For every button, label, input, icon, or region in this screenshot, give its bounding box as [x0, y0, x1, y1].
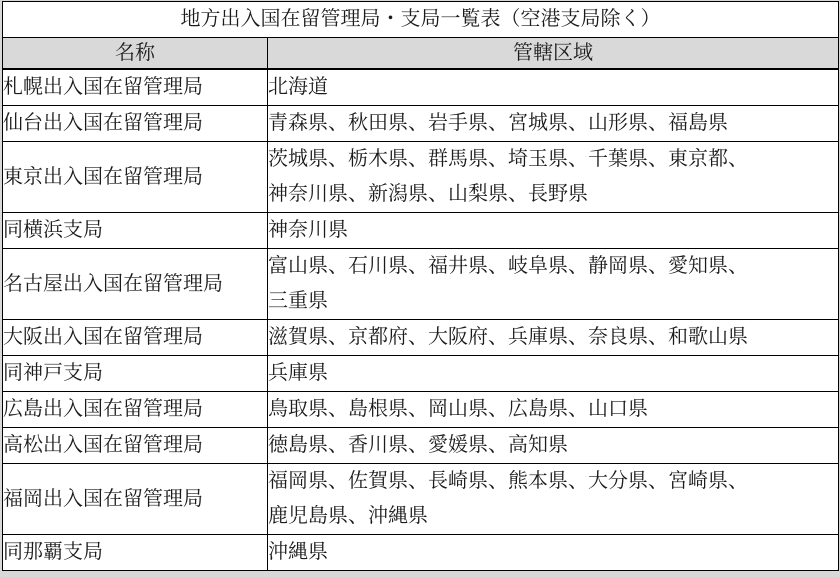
- bureau-name-cell: 広島出入国在留管理局: [3, 392, 268, 428]
- header-row: 名称 管轄区域: [3, 38, 839, 70]
- bureau-name-cell: 同横浜支局: [3, 213, 268, 249]
- jurisdiction-cell: 滋賀県、京都府、大阪府、兵庫県、奈良県、和歌山県: [268, 320, 839, 356]
- table-row: 広島出入国在留管理局 鳥取県、島根県、岡山県、広島県、山口県: [3, 392, 839, 428]
- title-row: 地方出入国在留管理局・支局一覧表（空港支局除く）: [3, 2, 839, 38]
- jurisdiction-cell: 青森県、秋田県、岩手県、宮城県、山形県、福島県: [268, 106, 839, 142]
- table-row: 同神戸支局 兵庫県: [3, 356, 839, 392]
- column-header-name: 名称: [3, 38, 268, 70]
- immigration-bureau-table: 地方出入国在留管理局・支局一覧表（空港支局除く） 名称 管轄区域 札幌出入国在留…: [2, 1, 839, 571]
- bureau-name-cell: 福岡出入国在留管理局: [3, 464, 268, 535]
- table-row: 高松出入国在留管理局 徳島県、香川県、愛媛県、高知県: [3, 428, 839, 464]
- jurisdiction-cell: 徳島県、香川県、愛媛県、高知県: [268, 428, 839, 464]
- table-row: 東京出入国在留管理局 茨城県、栃木県、群馬県、埼玉県、千葉県、東京都、 神奈川県…: [3, 142, 839, 213]
- jurisdiction-cell: 茨城県、栃木県、群馬県、埼玉県、千葉県、東京都、 神奈川県、新潟県、山梨県、長野…: [268, 142, 839, 213]
- table-row: 大阪出入国在留管理局 滋賀県、京都府、大阪府、兵庫県、奈良県、和歌山県: [3, 320, 839, 356]
- jurisdiction-cell: 沖縄県: [268, 535, 839, 571]
- column-header-regions: 管轄区域: [268, 38, 839, 70]
- jurisdiction-cell: 神奈川県: [268, 213, 839, 249]
- table-title: 地方出入国在留管理局・支局一覧表（空港支局除く）: [3, 2, 839, 38]
- table-row: 札幌出入国在留管理局 北海道: [3, 69, 839, 106]
- bureau-name-cell: 札幌出入国在留管理局: [3, 69, 268, 106]
- table-row: 名古屋出入国在留管理局 富山県、石川県、福井県、岐阜県、静岡県、愛知県、 三重県: [3, 249, 839, 320]
- table-row: 同那覇支局 沖縄県: [3, 535, 839, 571]
- bureau-name-cell: 東京出入国在留管理局: [3, 142, 268, 213]
- bureau-name-cell: 高松出入国在留管理局: [3, 428, 268, 464]
- jurisdiction-cell: 北海道: [268, 69, 839, 106]
- jurisdiction-cell: 鳥取県、島根県、岡山県、広島県、山口県: [268, 392, 839, 428]
- jurisdiction-cell: 兵庫県: [268, 356, 839, 392]
- table-row: 仙台出入国在留管理局 青森県、秋田県、岩手県、宮城県、山形県、福島県: [3, 106, 839, 142]
- bureau-name-cell: 仙台出入国在留管理局: [3, 106, 268, 142]
- table-row: 福岡出入国在留管理局 福岡県、佐賀県、長崎県、熊本県、大分県、宮崎県、 鹿児島県…: [3, 464, 839, 535]
- bureau-name-cell: 名古屋出入国在留管理局: [3, 249, 268, 320]
- jurisdiction-cell: 富山県、石川県、福井県、岐阜県、静岡県、愛知県、 三重県: [268, 249, 839, 320]
- bureau-name-cell: 同神戸支局: [3, 356, 268, 392]
- bureau-name-cell: 同那覇支局: [3, 535, 268, 571]
- table-row: 同横浜支局 神奈川県: [3, 213, 839, 249]
- page: 地方出入国在留管理局・支局一覧表（空港支局除く） 名称 管轄区域 札幌出入国在留…: [0, 0, 840, 577]
- jurisdiction-cell: 福岡県、佐賀県、長崎県、熊本県、大分県、宮崎県、 鹿児島県、沖縄県: [268, 464, 839, 535]
- bureau-name-cell: 大阪出入国在留管理局: [3, 320, 268, 356]
